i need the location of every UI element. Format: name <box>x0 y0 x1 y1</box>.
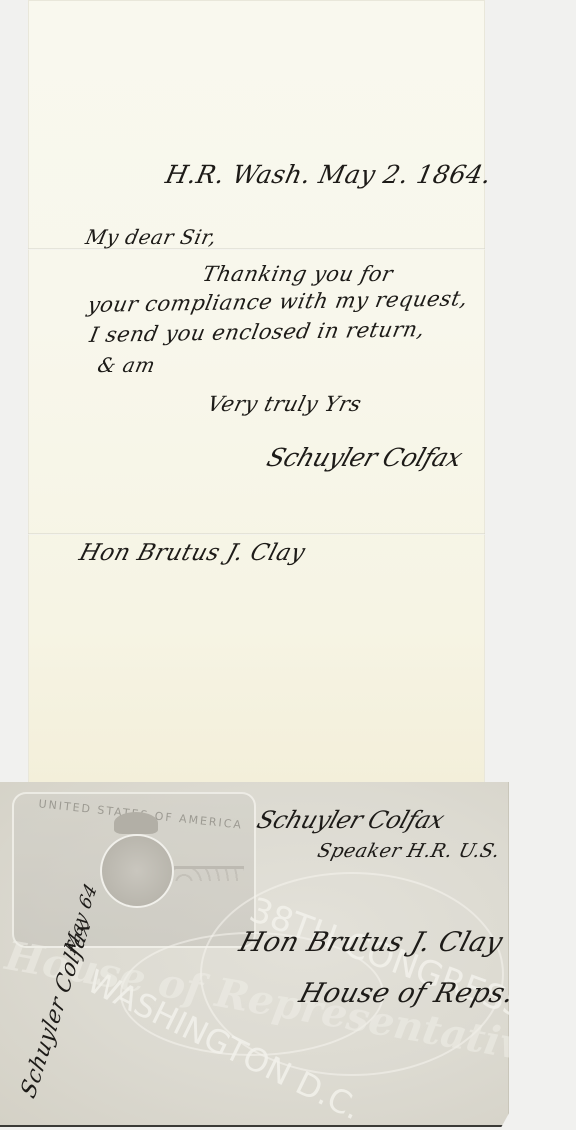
body-line: & am <box>95 353 157 377</box>
dateline: H.R. Wash. May 2. 1864. <box>163 160 494 189</box>
seal-icon <box>100 834 174 908</box>
addressee: Hon Brutus J. Clay <box>76 540 308 566</box>
fold-line <box>28 533 485 535</box>
envelope-addressee-line1: Hon Brutus J. Clay <box>236 927 507 958</box>
body-line: Thanking you for <box>200 262 395 286</box>
closing: Very truly Yrs <box>205 392 364 416</box>
letter-sheet: H.R. Wash. May 2. 1864. My dear Sir, Tha… <box>28 0 485 783</box>
bridge-illustration <box>174 866 244 881</box>
body-line: your compliance with my request, <box>86 286 470 317</box>
envelope-addressee-line2: House of Reps. <box>296 978 518 1009</box>
envelope-sender-signature: Schuyler Colfax <box>253 806 447 834</box>
salutation: My dear Sir, <box>83 225 219 249</box>
body-line: I send you enclosed in return, <box>88 317 427 347</box>
eagle-icon <box>114 812 158 834</box>
envelope: UNITED STATES OF AMERICA 38TH CONGRESS H… <box>0 782 509 1127</box>
envelope-sender-title: Speaker H.R. U.S. <box>315 840 502 862</box>
signature: Schuyler Colfax <box>263 443 466 472</box>
